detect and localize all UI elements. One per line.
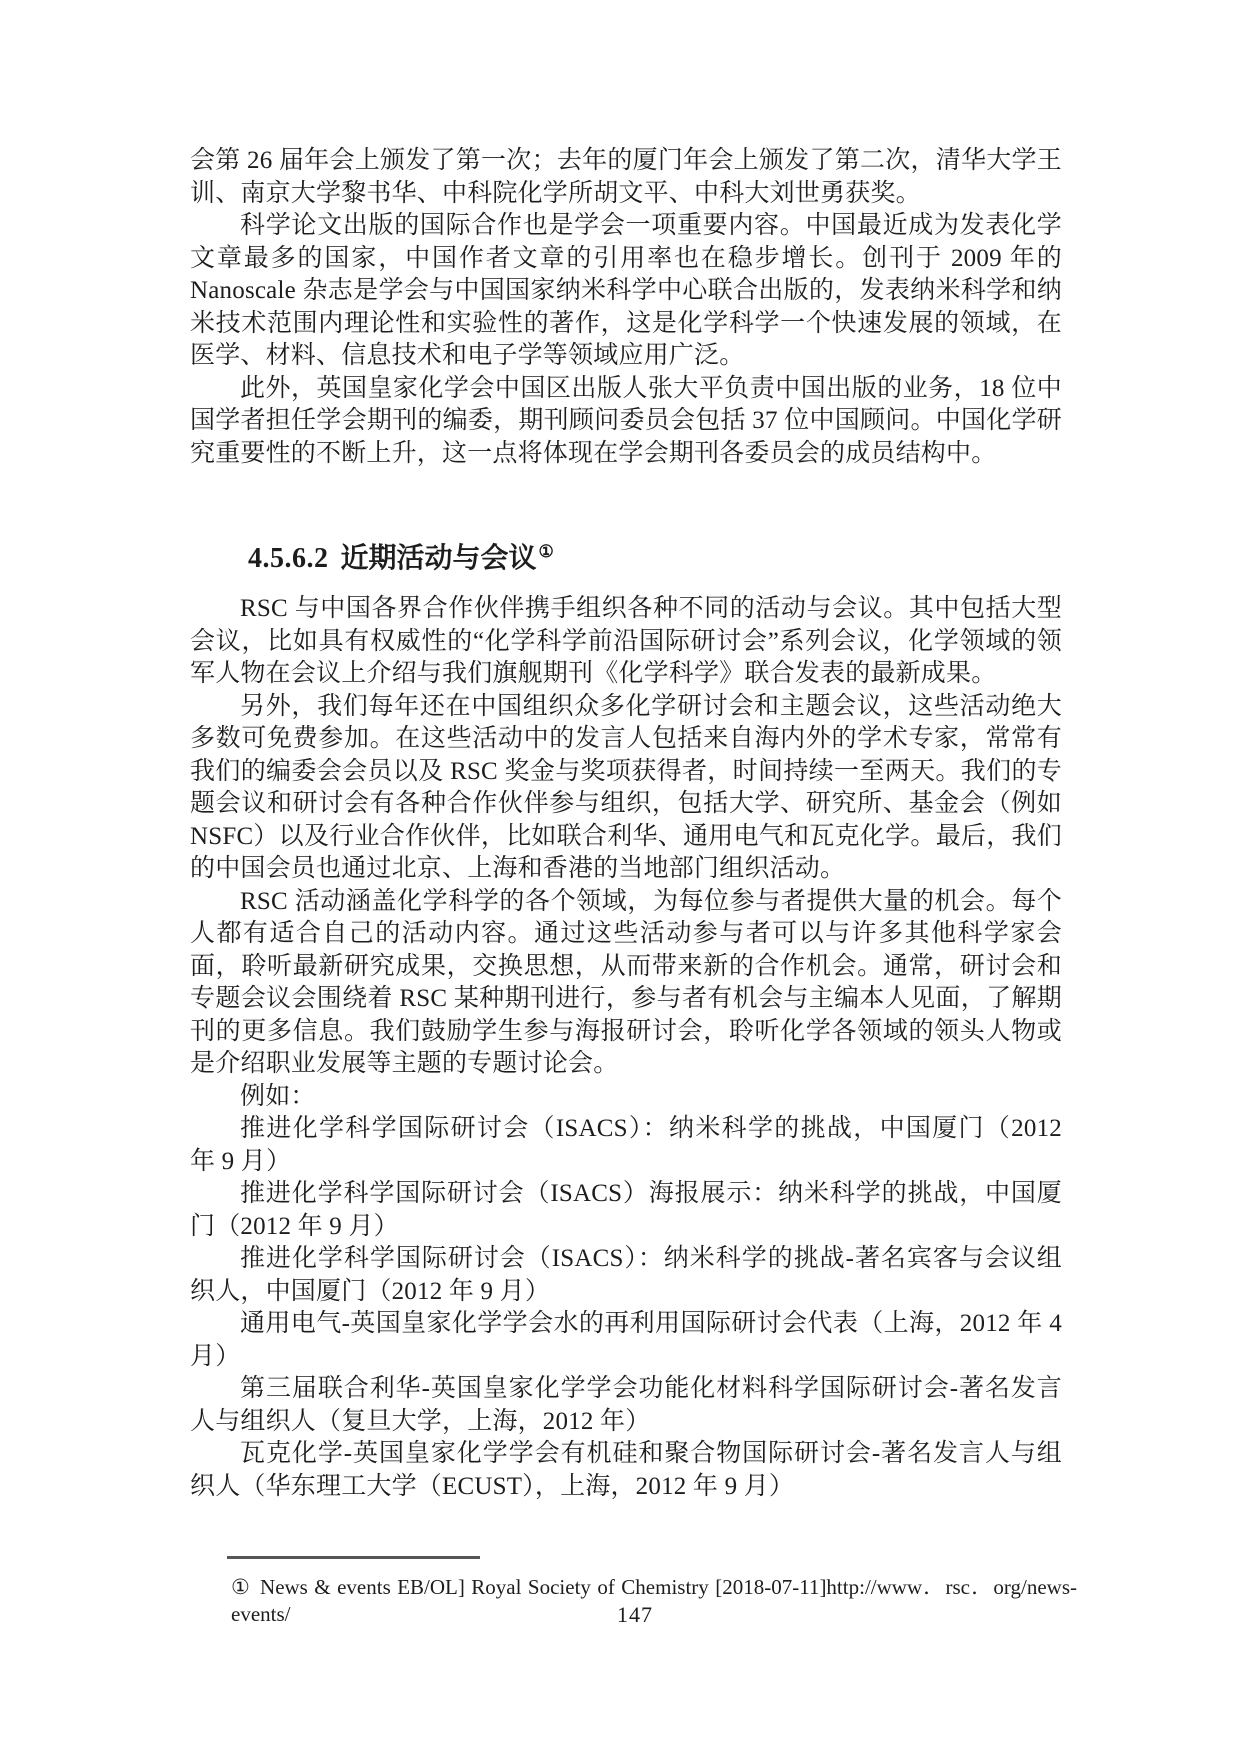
event-list-item: 第三届联合利华-英国皇家化学学会功能化材料科学国际研讨会-著名发言人与组织人（复… bbox=[190, 1373, 1062, 1438]
activities-text-block: RSC 与中国各界合作伙伴携手组织各种不同的活动与会议。其中包括大型会议，比如具… bbox=[190, 593, 1062, 1503]
event-list-item: 推进化学科学国际研讨会（ISACS）海报展示：纳米科学的挑战，中国厦门（2012… bbox=[190, 1178, 1062, 1243]
footnote-ref-superscript: ① bbox=[539, 542, 554, 561]
heading-title: 近期活动与会议 bbox=[341, 543, 537, 574]
heading-number: 4.5.6.2 bbox=[248, 543, 329, 574]
paragraph: 科学论文出版的国际合作也是学会一项重要内容。中国最近成为发表化学文章最多的国家，… bbox=[190, 210, 1062, 373]
paragraph: RSC 与中国各界合作伙伴携手组织各种不同的活动与会议。其中包括大型会议，比如具… bbox=[190, 593, 1062, 691]
paragraph: RSC 活动涵盖化学科学的各个领域，为每位参与者提供大量的机会。每个人都有适合自… bbox=[190, 886, 1062, 1081]
page-number: 147 bbox=[190, 1602, 1080, 1628]
paragraph: 另外，我们每年还在中国组织众多化学研讨会和主题会议，这些活动绝大多数可免费参加。… bbox=[190, 691, 1062, 886]
event-list-item: 推进化学科学国际研讨会（ISACS）：纳米科学的挑战-著名宾客与会议组织人，中国… bbox=[190, 1243, 1062, 1308]
paragraph: 会第 26 届年会上颁发了第一次；去年的厦门年会上颁发了第二次，清华大学王训、南… bbox=[190, 145, 1062, 210]
footnote-divider bbox=[227, 1556, 480, 1559]
footnote-marker: ① bbox=[231, 1575, 251, 1599]
paragraph: 此外，英国皇家化学会中国区出版人张大平负责中国出版的业务，18 位中国学者担任学… bbox=[190, 373, 1062, 471]
intro-text-block: 会第 26 届年会上颁发了第一次；去年的厦门年会上颁发了第二次，清华大学王训、南… bbox=[190, 145, 1062, 470]
book-page: 会第 26 届年会上颁发了第一次；去年的厦门年会上颁发了第二次，清华大学王训、南… bbox=[0, 0, 1240, 1753]
example-label: 例如： bbox=[190, 1081, 1062, 1114]
section-heading: 4.5.6.2近期活动与会议① bbox=[248, 541, 554, 577]
event-list-item: 推进化学科学国际研讨会（ISACS）：纳米科学的挑战，中国厦门（2012 年 9… bbox=[190, 1113, 1062, 1178]
event-list-item: 瓦克化学-英国皇家化学学会有机硅和聚合物国际研讨会-著名发言人与组织人（华东理工… bbox=[190, 1438, 1062, 1503]
event-list-item: 通用电气-英国皇家化学学会水的再利用国际研讨会代表（上海，2012 年 4 月） bbox=[190, 1308, 1062, 1373]
